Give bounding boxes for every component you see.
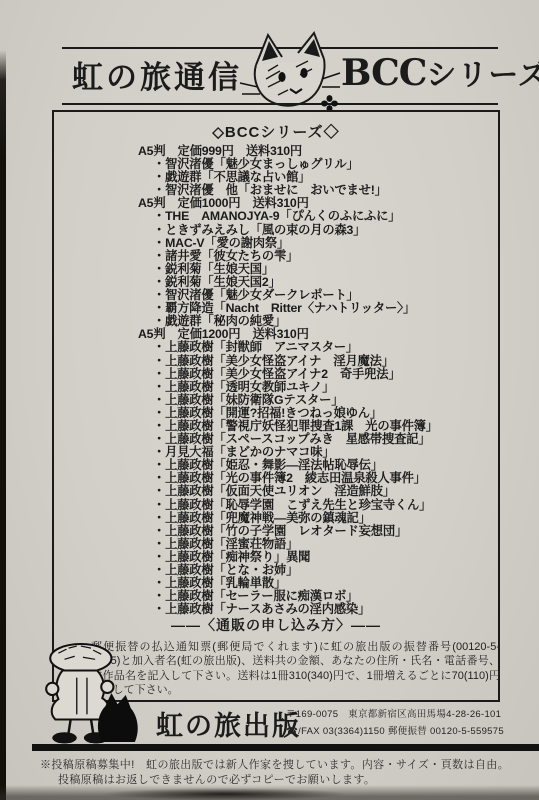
catalog-item: ・上藤政樹「恥辱学園 こずえ先生と珍宝寺くん」 xyxy=(153,499,498,512)
catalog-item: ・THE AMANOJYA-9「ぴんくのふにふに」 xyxy=(153,210,498,223)
series-title-kana: シリーズ xyxy=(426,59,539,92)
catalog-item: ・上藤政樹「透明女教師ユキノ」 xyxy=(153,381,498,394)
catalog-item: ・MAC-V「愛の謝肉祭」 xyxy=(153,237,498,250)
catalog-heading: ◇BCCシリーズ◇ xyxy=(54,121,498,142)
mail-order-instructions: 郵便振替の払込通知票(郵便局でくれます)に虹の旅出版の振替番号(00120-5-… xyxy=(80,640,500,698)
catalog-item: ・鋭利菊「生娘天国」 xyxy=(153,263,498,276)
catalog-list: A5判 定価999円 送料310円・智沢渚優「魅少女まっしゅグリル」・戯遊群「不… xyxy=(138,145,498,616)
scan-edge-left xyxy=(0,50,6,800)
catalog-item: ・諸井愛「彼女たちの雫」 xyxy=(153,250,498,263)
catalog-item: ・ときずみえみし「風の束の月の森3」 xyxy=(153,224,498,237)
scanned-newsletter-page: 虹の旅通信 BCCシリーズ ◇BCCシリーズ◇ A5判 定価999円 送料310… xyxy=(0,0,539,800)
submission-note-line1: ※投稿原稿募集中! 虹の旅出版では新人作家を捜しています。内容・サイズ・頁数は自… xyxy=(40,756,509,772)
catalog-item: ・上藤政樹「妹防衛隊Gテスター」 xyxy=(153,394,498,407)
catalog-item: ・上藤政樹「仮面天使ユリオン 淫造鮮肢」 xyxy=(153,485,498,498)
catalog-item: ・上藤政樹「封獣師 アニマスター」 xyxy=(153,341,498,354)
publisher-contact: 〒169-0075 東京都新宿区高田馬場4-28-26-101 ☎/FAX 03… xyxy=(286,707,504,740)
newsletter-title: 虹の旅通信 xyxy=(72,52,242,97)
catalog-item: ・上藤政樹「淫蜜荘物語」 xyxy=(153,538,498,551)
publisher-address: 〒169-0075 東京都新宿区高田馬場4-28-26-101 xyxy=(286,707,504,724)
series-title: BCCシリーズ xyxy=(341,50,539,94)
courier-and-black-cat-icon xyxy=(38,636,140,752)
header-bottom-rule xyxy=(62,103,498,105)
catalog-box: ◇BCCシリーズ◇ A5判 定価999円 送料310円・智沢渚優「魅少女まっしゅ… xyxy=(52,110,500,702)
catalog-item: ・上藤政樹「美少女怪盗アイナ2 奇手兜法」 xyxy=(153,368,498,381)
catalog-item: ・上藤政樹「兜魔神戦―美弥の鎮魂記」 xyxy=(153,512,498,525)
catalog-item: ・上藤政樹「開運?招福!きつねっ娘ゆん」 xyxy=(153,407,498,420)
mail-order-heading: ――〈通販の申し込み方〉―― xyxy=(54,615,498,635)
catalog-item: ・上藤政樹「竹の子学園 レオタード妄想団」 xyxy=(153,525,498,538)
series-title-latin: BCC xyxy=(341,52,426,94)
catalog-item: ・上藤政樹「美少女怪盗アイナ 淫月魔法」 xyxy=(153,355,498,368)
publisher-phone-fax: ☎/FAX 03(3364)1150 郵便振替 00120-5-559575 xyxy=(286,724,504,741)
publisher-name: 虹の旅出版 xyxy=(156,704,301,743)
scan-edge-shadow xyxy=(105,788,345,800)
